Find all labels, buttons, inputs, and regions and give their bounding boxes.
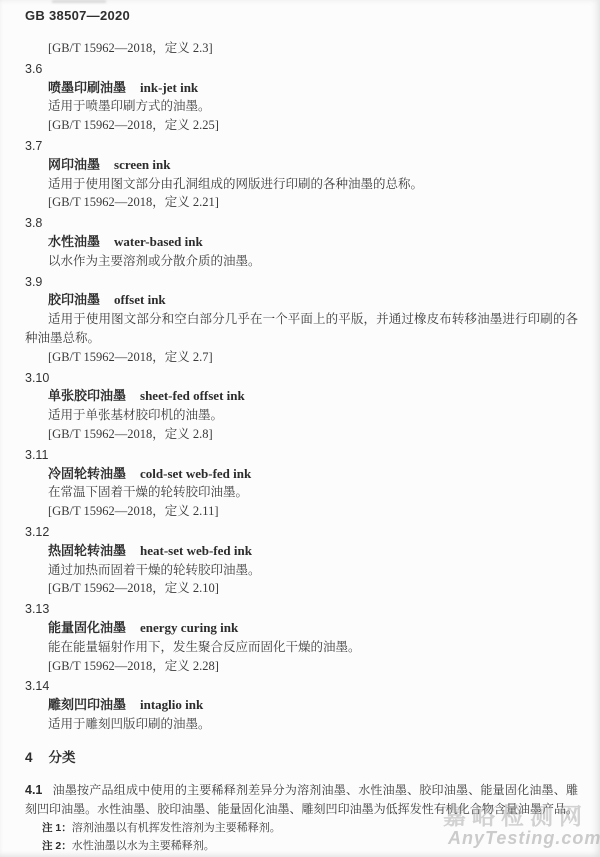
scan-artifact <box>52 0 106 3</box>
term-english: water-based ink <box>114 234 203 249</box>
term-english: ink-jet ink <box>140 80 198 95</box>
term-heading: 能量固化油墨energy curing ink <box>25 619 578 638</box>
source-reference: [GB/T 15962—2018，定义 2.11] <box>25 502 578 521</box>
scanned-standard-page: GB 38507—2020 [GB/T 15962—2018，定义 2.3] 3… <box>0 0 600 857</box>
term-heading: 雕刻凹印油墨intaglio ink <box>25 696 578 715</box>
clause-number: 3.10 <box>25 369 578 388</box>
term-chinese: 喷墨印刷油墨 <box>48 80 126 95</box>
term-chinese: 单张胶印油墨 <box>48 388 126 403</box>
term-entry: 3.11 冷固轮转油墨cold-set web-fed ink 在常温下固着干燥… <box>25 446 578 521</box>
term-definition: 能在能量辐射作用下，发生聚合反应而固化干燥的油墨。 <box>25 638 578 657</box>
note-2: 注 2：水性油墨以水为主要稀释剂。 <box>25 838 578 856</box>
term-heading: 喷墨印刷油墨ink-jet ink <box>25 79 578 98</box>
source-reference: [GB/T 15962—2018，定义 2.10] <box>25 579 578 598</box>
source-reference: [GB/T 15962—2018，定义 2.25] <box>25 116 578 135</box>
clause-number: 3.14 <box>25 677 578 696</box>
term-definition-line2: 种油墨总称。 <box>25 329 578 348</box>
term-entry: 3.13 能量固化油墨energy curing ink 能在能量辐射作用下，发… <box>25 600 578 675</box>
term-entry: 3.14 雕刻凹印油墨intaglio ink 适用于雕刻凹版印刷的油墨。 <box>25 677 578 733</box>
term-definition: 适用于单张基材胶印机的油墨。 <box>25 406 578 425</box>
notes-block: 注 1：溶剂油墨以有机挥发性溶剂为主要稀释剂。 注 2：水性油墨以水为主要稀释剂… <box>25 820 578 855</box>
term-chinese: 热固轮转油墨 <box>48 543 126 558</box>
source-reference: [GB/T 15962—2018，定义 2.3] <box>25 39 578 58</box>
clause-4-1: 4.1油墨按产品组成中使用的主要稀释剂差异分为溶剂油墨、水性油墨、胶印油墨、能量… <box>25 781 578 819</box>
term-entry: 3.9 胶印油墨offset ink 适用于使用图文部分和空白部分几乎在一个平面… <box>25 273 578 367</box>
note-1-label: 注 1： <box>42 822 72 834</box>
document-header: GB 38507—2020 <box>25 8 578 24</box>
term-chinese: 能量固化油墨 <box>48 620 126 635</box>
clause-number: 3.7 <box>25 137 578 156</box>
chapter-heading: 4分类 <box>25 748 578 767</box>
clause-number: 3.6 <box>25 60 578 79</box>
source-reference: [GB/T 15962—2018，定义 2.28] <box>25 657 578 676</box>
term-entry: 3.12 热固轮转油墨heat-set web-fed ink 通过加热而固着干… <box>25 523 578 598</box>
term-chinese: 雕刻凹印油墨 <box>48 697 126 712</box>
source-reference: [GB/T 15962—2018，定义 2.8] <box>25 425 578 444</box>
term-definition: 适用于喷墨印刷方式的油墨。 <box>25 97 578 116</box>
term-entry: 3.10 单张胶印油墨sheet-fed offset ink 适用于单张基材胶… <box>25 369 578 444</box>
clause-line1: 4.1油墨按产品组成中使用的主要稀释剂差异分为溶剂油墨、水性油墨、胶印油墨、能量… <box>25 781 578 800</box>
term-english: cold-set web-fed ink <box>140 466 251 481</box>
term-chinese: 水性油墨 <box>48 234 100 249</box>
note-1: 注 1：溶剂油墨以有机挥发性溶剂为主要稀释剂。 <box>25 820 578 838</box>
term-heading: 网印油墨screen ink <box>25 156 578 175</box>
term-entry: 3.8 水性油墨water-based ink 以水作为主要溶剂或分散介质的油墨… <box>25 214 578 270</box>
clause-number: 3.11 <box>25 446 578 465</box>
note-1-text: 溶剂油墨以有机挥发性溶剂为主要稀释剂。 <box>72 822 281 834</box>
term-chinese: 冷固轮转油墨 <box>48 466 126 481</box>
term-heading: 水性油墨water-based ink <box>25 233 578 252</box>
term-heading: 热固轮转油墨heat-set web-fed ink <box>25 542 578 561</box>
term-english: heat-set web-fed ink <box>140 543 252 558</box>
clause-number: 4.1 <box>25 783 42 797</box>
clause-number: 3.13 <box>25 600 578 619</box>
term-english: offset ink <box>114 292 166 307</box>
term-heading: 冷固轮转油墨cold-set web-fed ink <box>25 465 578 484</box>
term-definition: 适用于使用图文部分由孔洞组成的网版进行印刷的各种油墨的总称。 <box>25 175 578 194</box>
term-english: screen ink <box>114 157 170 172</box>
term-definition-line1: 适用于使用图文部分和空白部分几乎在一个平面上的平版，并通过橡皮布转移油墨进行印刷… <box>25 310 578 329</box>
term-definition: 以水作为主要溶剂或分散介质的油墨。 <box>25 252 578 271</box>
clause-number: 3.9 <box>25 273 578 292</box>
source-reference: [GB/T 15962—2018，定义 2.7] <box>25 348 578 367</box>
term-entry: 3.7 网印油墨screen ink 适用于使用图文部分由孔洞组成的网版进行印刷… <box>25 137 578 212</box>
chapter-title: 分类 <box>49 750 76 765</box>
term-chinese: 胶印油墨 <box>48 292 100 307</box>
clause-line2: 刻凹印油墨。水性油墨、胶印油墨、能量固化油墨、雕刻凹印油墨为低挥发性有机化合物含… <box>25 800 578 819</box>
note-2-label: 注 2： <box>42 840 72 852</box>
term-chinese: 网印油墨 <box>48 157 100 172</box>
term-heading: 单张胶印油墨sheet-fed offset ink <box>25 387 578 406</box>
note-2-text: 水性油墨以水为主要稀释剂。 <box>72 840 215 852</box>
chapter-number: 4 <box>25 750 33 765</box>
term-definition: 适用于雕刻凹版印刷的油墨。 <box>25 715 578 734</box>
clause-number: 3.8 <box>25 214 578 233</box>
clause-text-line1: 油墨按产品组成中使用的主要稀释剂差异分为溶剂油墨、水性油墨、胶印油墨、能量固化油… <box>52 783 578 797</box>
source-reference: [GB/T 15962—2018，定义 2.21] <box>25 193 578 212</box>
term-definition: 在常温下固着干燥的轮转胶印油墨。 <box>25 483 578 502</box>
term-definition: 通过加热而固着干燥的轮转胶印油墨。 <box>25 561 578 580</box>
term-heading: 胶印油墨offset ink <box>25 291 578 310</box>
term-english: sheet-fed offset ink <box>140 388 245 403</box>
term-english: energy curing ink <box>140 620 238 635</box>
term-entry: 3.6 喷墨印刷油墨ink-jet ink 适用于喷墨印刷方式的油墨。 [GB/… <box>25 60 578 135</box>
term-english: intaglio ink <box>140 697 203 712</box>
clause-number: 3.12 <box>25 523 578 542</box>
